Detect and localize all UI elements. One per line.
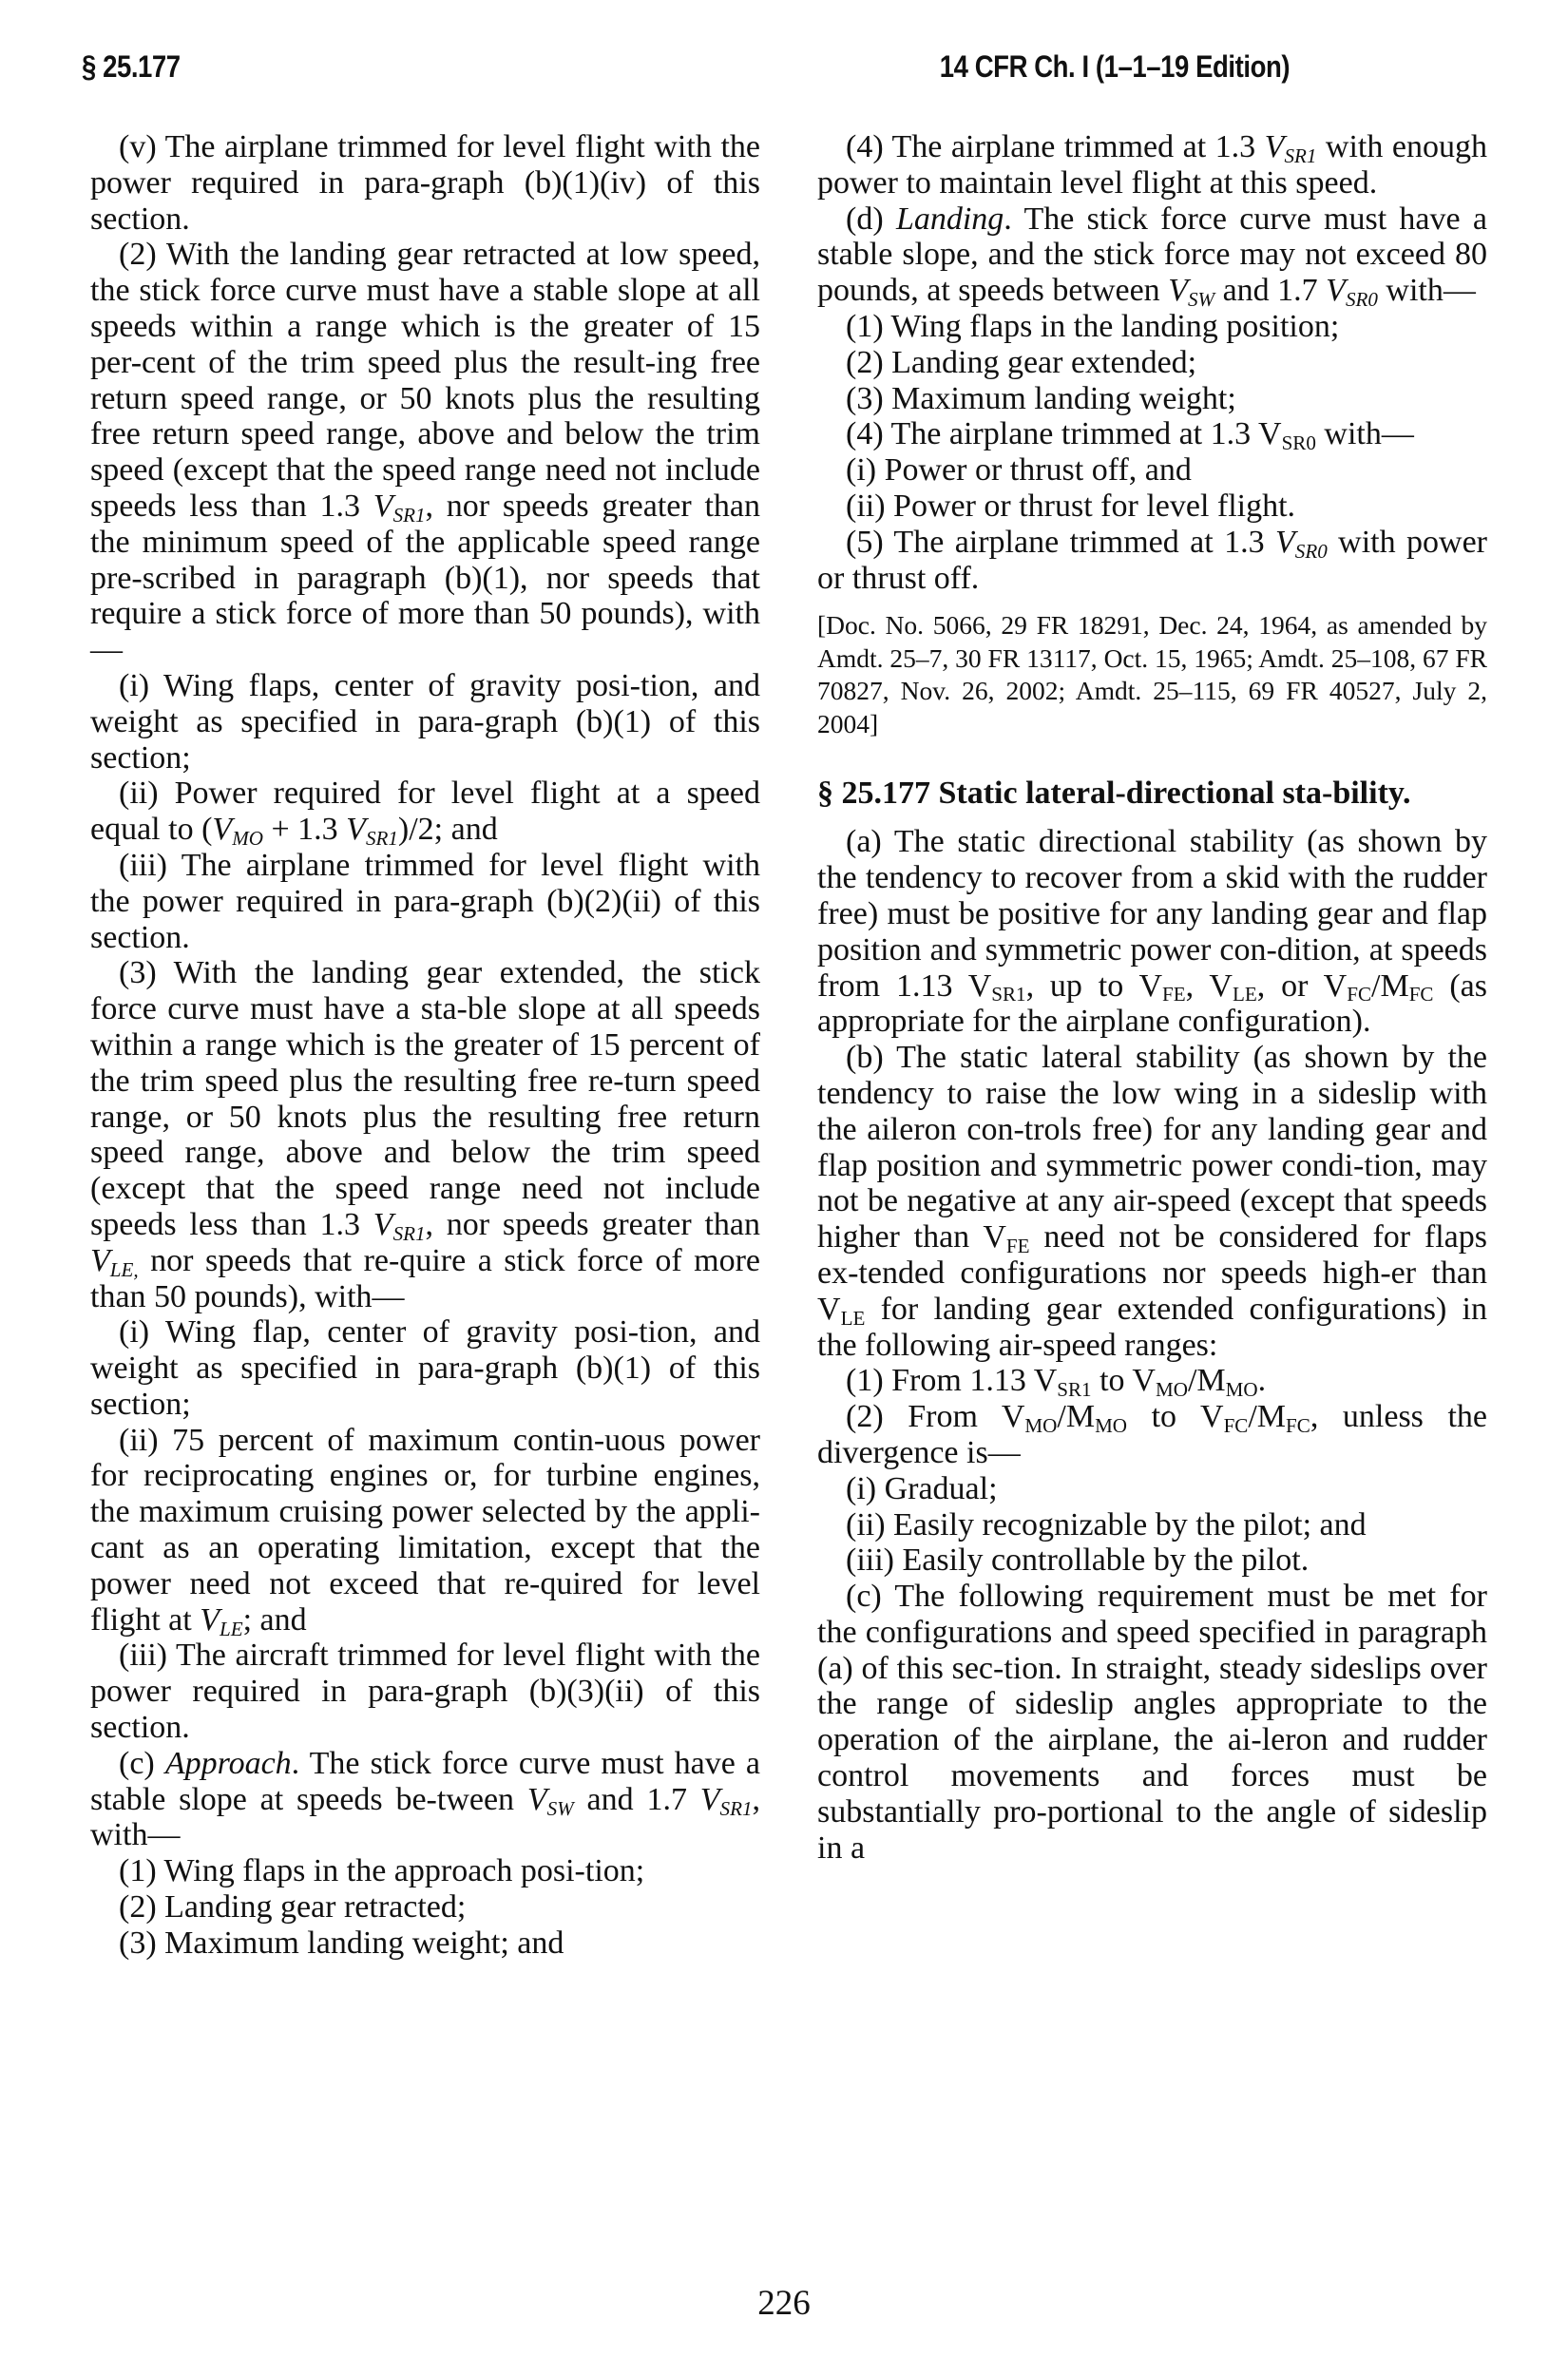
paragraph: (i) Wing flap, center of gravity posi-ti… <box>90 1314 760 1422</box>
paragraph: (ii) Power required for level flight at … <box>90 776 760 848</box>
text-run: (2) Landing gear retracted; <box>119 1889 466 1925</box>
text-run: (c) <box>119 1746 165 1781</box>
paragraph: (5) The airplane trimmed at 1.3 VSR0 wit… <box>817 525 1487 597</box>
subscript: LE <box>841 1307 866 1330</box>
paragraph: (i) Power or thrust off, and <box>817 452 1487 489</box>
text-run: with— <box>1378 273 1476 308</box>
amendment-citation: [Doc. No. 5066, 29 FR 18291, Dec. 24, 19… <box>817 609 1487 740</box>
paragraph: (ii) Power or thrust for level flight. <box>817 489 1487 525</box>
text-run: /M <box>1371 968 1409 1004</box>
text-run: (iii) The aircraft trimmed for level fli… <box>90 1638 760 1745</box>
subscript: FC <box>1286 1414 1310 1437</box>
text-run: (5) The airplane trimmed at 1.3 <box>846 525 1275 560</box>
text-run: (3) Maximum landing weight; <box>846 381 1236 416</box>
paragraph: (2) Landing gear retracted; <box>90 1889 760 1926</box>
text-run: /M <box>1057 1399 1095 1434</box>
text-run: (3) With the landing gear extended, the … <box>90 955 760 1242</box>
paragraph: (iii) The aircraft trimmed for level fli… <box>90 1638 760 1745</box>
text-run: + 1.3 <box>263 812 346 847</box>
paragraph: (v) The airplane trimmed for level fligh… <box>90 129 760 237</box>
text-run: (iii) The airplane trimmed for level fli… <box>90 848 760 955</box>
italic-text: V <box>1265 129 1285 164</box>
paragraph: (3) Maximum landing weight; <box>817 381 1487 417</box>
text-run: (1) From 1.13 V <box>846 1363 1057 1398</box>
paragraph: (i) Gradual; <box>817 1471 1487 1507</box>
italic-text: V <box>346 812 366 847</box>
subscript: SR1 <box>366 827 398 850</box>
paragraph: (iii) Easily controllable by the pilot. <box>817 1542 1487 1579</box>
text-run: (4) The airplane trimmed at 1.3 <box>846 129 1265 164</box>
text-run: (ii) 75 percent of maximum contin-uous p… <box>90 1423 760 1638</box>
paragraph: (ii) Easily recognizable by the pilot; a… <box>817 1507 1487 1543</box>
text-run: (2) With the landing gear retracted at l… <box>90 237 760 524</box>
paragraph: (1) From 1.13 VSR1 to VMO/MMO. <box>817 1363 1487 1399</box>
text-run: (4) The airplane trimmed at 1.3 V <box>846 416 1282 451</box>
subscript: SW <box>547 1797 574 1820</box>
right-column-paragraphs: (4) The airplane trimmed at 1.3 VSR1 wit… <box>817 129 1487 596</box>
text-run: (i) Wing flap, center of gravity posi-ti… <box>90 1314 760 1422</box>
paragraph: (b) The static lateral stability (as sho… <box>817 1040 1487 1363</box>
paragraph: (2) From VMO/MMO to VFC/MFC, unless the … <box>817 1399 1487 1471</box>
text-run: ; and <box>243 1602 307 1638</box>
left-column: (v) The airplane trimmed for level fligh… <box>90 129 760 1962</box>
subscript: MO <box>232 827 263 850</box>
text-run: (2) From V <box>846 1399 1024 1434</box>
paragraph: (c) Approach. The stick force curve must… <box>90 1746 760 1853</box>
text-run: (v) The airplane trimmed for level fligh… <box>90 129 760 237</box>
page-number: 226 <box>0 2283 1568 2324</box>
text-run: (ii) Power or thrust for level flight. <box>846 489 1295 524</box>
subscript: MO <box>1095 1414 1127 1437</box>
italic-text: Approach <box>165 1746 292 1781</box>
subscript: SR0 <box>1282 431 1316 454</box>
edition-label: 14 CFR Ch. I (1–1–19 Edition) <box>940 49 1290 85</box>
subscript: SR0 <box>1346 288 1378 311</box>
text-run: for landing gear extended configurations… <box>817 1292 1487 1363</box>
paragraph: (d) Landing. The stick force curve must … <box>817 201 1487 309</box>
paragraph: (3) With the landing gear extended, the … <box>90 955 760 1314</box>
text-run: )/2; and <box>398 812 498 847</box>
text-run: , V <box>1186 968 1233 1004</box>
subscript: SR1 <box>720 1797 753 1820</box>
running-head: § 25.177 14 CFR Ch. I (1–1–19 Edition) <box>82 49 1290 85</box>
subscript: MO <box>1156 1378 1188 1401</box>
paragraph: (4) The airplane trimmed at 1.3 VSR1 wit… <box>817 129 1487 201</box>
italic-text: V <box>1275 525 1295 560</box>
subscript: SR1 <box>393 1222 426 1245</box>
subscript: LE <box>1233 983 1257 1006</box>
subscript: FC <box>1347 983 1371 1006</box>
text-run: to V <box>1092 1363 1156 1398</box>
paragraph: (1) Wing flaps in the approach posi-tion… <box>90 1853 760 1889</box>
subscript: MO <box>1024 1414 1057 1437</box>
section-paragraphs: (a) The static directional stability (as… <box>817 824 1487 1866</box>
text-run: and 1.7 <box>1214 273 1326 308</box>
text-run: nor speeds that re-quire a stick force o… <box>90 1243 760 1314</box>
section-reference: § 25.177 <box>82 49 181 85</box>
italic-text: V <box>212 812 232 847</box>
italic-text: Landing <box>896 201 1004 237</box>
text-run: (i) Wing flaps, center of gravity posi-t… <box>90 668 760 776</box>
text-run: to V <box>1127 1399 1224 1434</box>
text-run: (1) Wing flaps in the landing position; <box>846 309 1339 344</box>
text-run: (i) Gradual; <box>846 1471 998 1506</box>
subscript: SR1 <box>1057 1378 1091 1401</box>
subscript: SW <box>1188 288 1214 311</box>
section-heading: § 25.177 Static lateral-directional sta-… <box>817 776 1487 811</box>
subscript: FE <box>1006 1235 1030 1257</box>
italic-text: V <box>527 1782 547 1817</box>
right-column: (4) The airplane trimmed at 1.3 VSR1 wit… <box>817 129 1487 1962</box>
text-run: (d) <box>846 201 896 237</box>
subscript: FE <box>1162 983 1186 1006</box>
text-run: (c) The following requirement must be me… <box>817 1579 1487 1866</box>
subscript: SR1 <box>991 983 1025 1006</box>
body-columns: (v) The airplane trimmed for level fligh… <box>90 129 1487 1962</box>
subscript: FC <box>1409 983 1434 1006</box>
italic-text: V <box>700 1782 720 1817</box>
subscript: FC <box>1224 1414 1249 1437</box>
text-run: (iii) Easily controllable by the pilot. <box>846 1542 1309 1578</box>
left-column-paragraphs: (v) The airplane trimmed for level fligh… <box>90 129 760 1962</box>
paragraph: (ii) 75 percent of maximum contin-uous p… <box>90 1423 760 1638</box>
text-run: with— <box>1316 416 1414 451</box>
text-run: . <box>1258 1363 1267 1398</box>
paragraph: (3) Maximum landing weight; and <box>90 1926 760 1962</box>
italic-text: V <box>200 1602 220 1638</box>
text-run: , or V <box>1257 968 1347 1004</box>
text-run: (i) Power or thrust off, and <box>846 452 1192 488</box>
paragraph: (2) Landing gear extended; <box>817 345 1487 381</box>
paragraph: (4) The airplane trimmed at 1.3 VSR0 wit… <box>817 416 1487 452</box>
text-run: (1) Wing flaps in the approach posi-tion… <box>119 1853 644 1888</box>
paragraph: (iii) The airplane trimmed for level fli… <box>90 848 760 955</box>
italic-text: V <box>90 1243 110 1278</box>
italic-text: V <box>1168 273 1188 308</box>
subscript: MO <box>1226 1378 1258 1401</box>
text-run: (2) Landing gear extended; <box>846 345 1196 380</box>
text-run: , up to V <box>1026 968 1162 1004</box>
subscript: LE <box>220 1618 243 1640</box>
subscript: SR1 <box>393 504 426 527</box>
subscript: SR0 <box>1295 540 1328 563</box>
italic-text: V <box>1326 273 1346 308</box>
paragraph: (a) The static directional stability (as… <box>817 824 1487 1040</box>
text-run: (ii) Easily recognizable by the pilot; a… <box>846 1507 1367 1542</box>
paragraph: (2) With the landing gear retracted at l… <box>90 237 760 668</box>
text-run: /M <box>1188 1363 1226 1398</box>
paragraph: (i) Wing flaps, center of gravity posi-t… <box>90 668 760 776</box>
subscript: LE, <box>110 1258 139 1281</box>
text-run: /M <box>1248 1399 1286 1434</box>
italic-text: V <box>373 1207 393 1242</box>
italic-text: V <box>373 489 393 524</box>
text-run: and 1.7 <box>574 1782 700 1817</box>
text-run: (3) Maximum landing weight; and <box>119 1926 564 1961</box>
paragraph: (c) The following requirement must be me… <box>817 1579 1487 1866</box>
text-run: , nor speeds greater than <box>426 1207 760 1242</box>
subscript: SR1 <box>1284 144 1316 167</box>
paragraph: (1) Wing flaps in the landing position; <box>817 309 1487 345</box>
